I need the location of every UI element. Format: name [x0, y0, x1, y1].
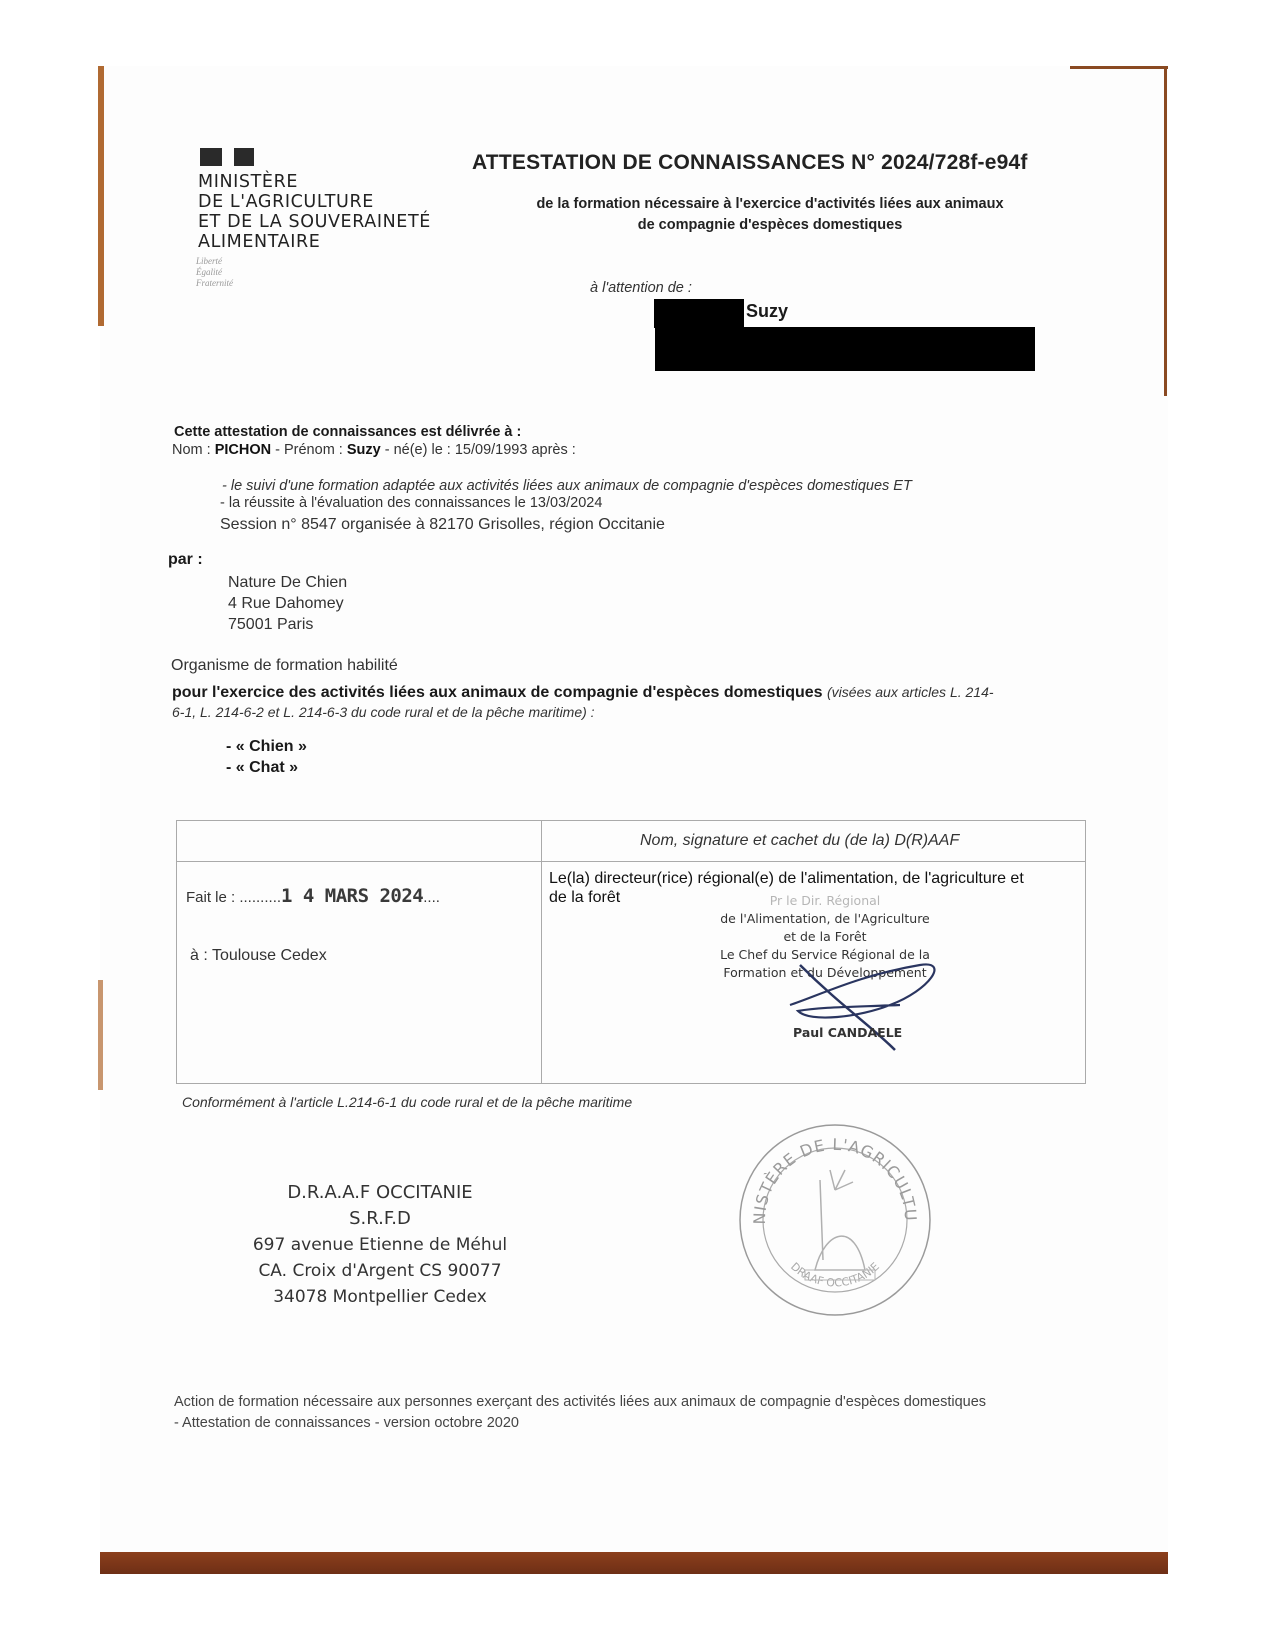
- recipient-first-name: Suzy: [746, 301, 788, 322]
- redaction-block: [654, 299, 744, 328]
- delivered-heading: Cette attestation de connaissances est d…: [174, 424, 521, 440]
- recipient-first-name-field: Suzy: [347, 442, 381, 458]
- redaction-block: [655, 327, 1035, 371]
- session-info: Session n° 8547 organisée à 82170 Grisol…: [220, 516, 665, 534]
- organisation-city: 75001 Paris: [228, 616, 313, 634]
- table-divider: [177, 861, 1085, 862]
- background-edge: [98, 980, 103, 1090]
- habilitation-label: Organisme de formation habilité: [171, 657, 398, 675]
- background-edge: [98, 66, 104, 326]
- condition-evaluation: - la réussite à l'évaluation des connais…: [220, 495, 602, 511]
- svg-text:DRAAF OCCITANIE: DRAAF OCCITANIE: [788, 1260, 882, 1290]
- background-edge: [1070, 66, 1168, 69]
- recipient-identity: Nom : PICHON - Prénom : Suzy - né(e) le …: [172, 442, 576, 458]
- document-footer: Action de formation nécessaire aux perso…: [174, 1392, 986, 1434]
- svg-text:MINISTÈRE DE L'AGRICULTURE: MINISTÈRE DE L'AGRICULTURE: [735, 1120, 920, 1225]
- document-subtitle: de la formation nécessaire à l'exercice …: [530, 194, 1010, 236]
- background-edge: [1164, 66, 1167, 396]
- signature-column-header: Nom, signature et cachet du (de la) D(R)…: [640, 832, 959, 850]
- organisation-name: Nature De Chien: [228, 574, 347, 592]
- organisation-street: 4 Rue Dahomey: [228, 595, 344, 613]
- republic-motto: Liberté Égalité Fraternité: [196, 256, 233, 289]
- activities-scope: pour l'exercice des activités liées aux …: [172, 684, 994, 702]
- attention-label: à l'attention de :: [590, 280, 692, 296]
- species-item: - « Chat »: [226, 759, 298, 777]
- date-stamp: 1 4 MARS 2024: [281, 885, 423, 907]
- ministry-seal-icon: MINISTÈRE DE L'AGRICULTURE DRAAF OCCITAN…: [735, 1120, 935, 1320]
- ministry-name: MINISTÈRE DE L'AGRICULTURE ET DE LA SOUV…: [198, 172, 431, 252]
- conformity-note: Conformément à l'article L.214-6-1 du co…: [182, 1094, 632, 1110]
- species-item: - « Chien »: [226, 738, 307, 756]
- par-label: par :: [168, 551, 203, 569]
- condition-training: - le suivi d'une formation adaptée aux a…: [222, 478, 912, 494]
- draaf-address-stamp: D.R.A.A.F OCCITANIE S.R.F.D 697 avenue E…: [240, 1180, 520, 1310]
- republique-francaise-logo-icon: [200, 148, 258, 166]
- recipient-last-name: PICHON: [215, 442, 271, 458]
- background-table-surface: [100, 1552, 1168, 1574]
- birth-date: 15/09/1993: [455, 442, 528, 458]
- document-title: ATTESTATION DE CONNAISSANCES N° 2024/728…: [472, 151, 1028, 175]
- issue-place: à : Toulouse Cedex: [190, 947, 327, 965]
- signatory-name: Paul CANDAELE: [793, 1025, 902, 1040]
- issue-date: Fait le : ..........1 4 MARS 2024....: [186, 885, 440, 907]
- legal-articles: 6-1, L. 214-6-2 et L. 214-6-3 du code ru…: [172, 704, 595, 720]
